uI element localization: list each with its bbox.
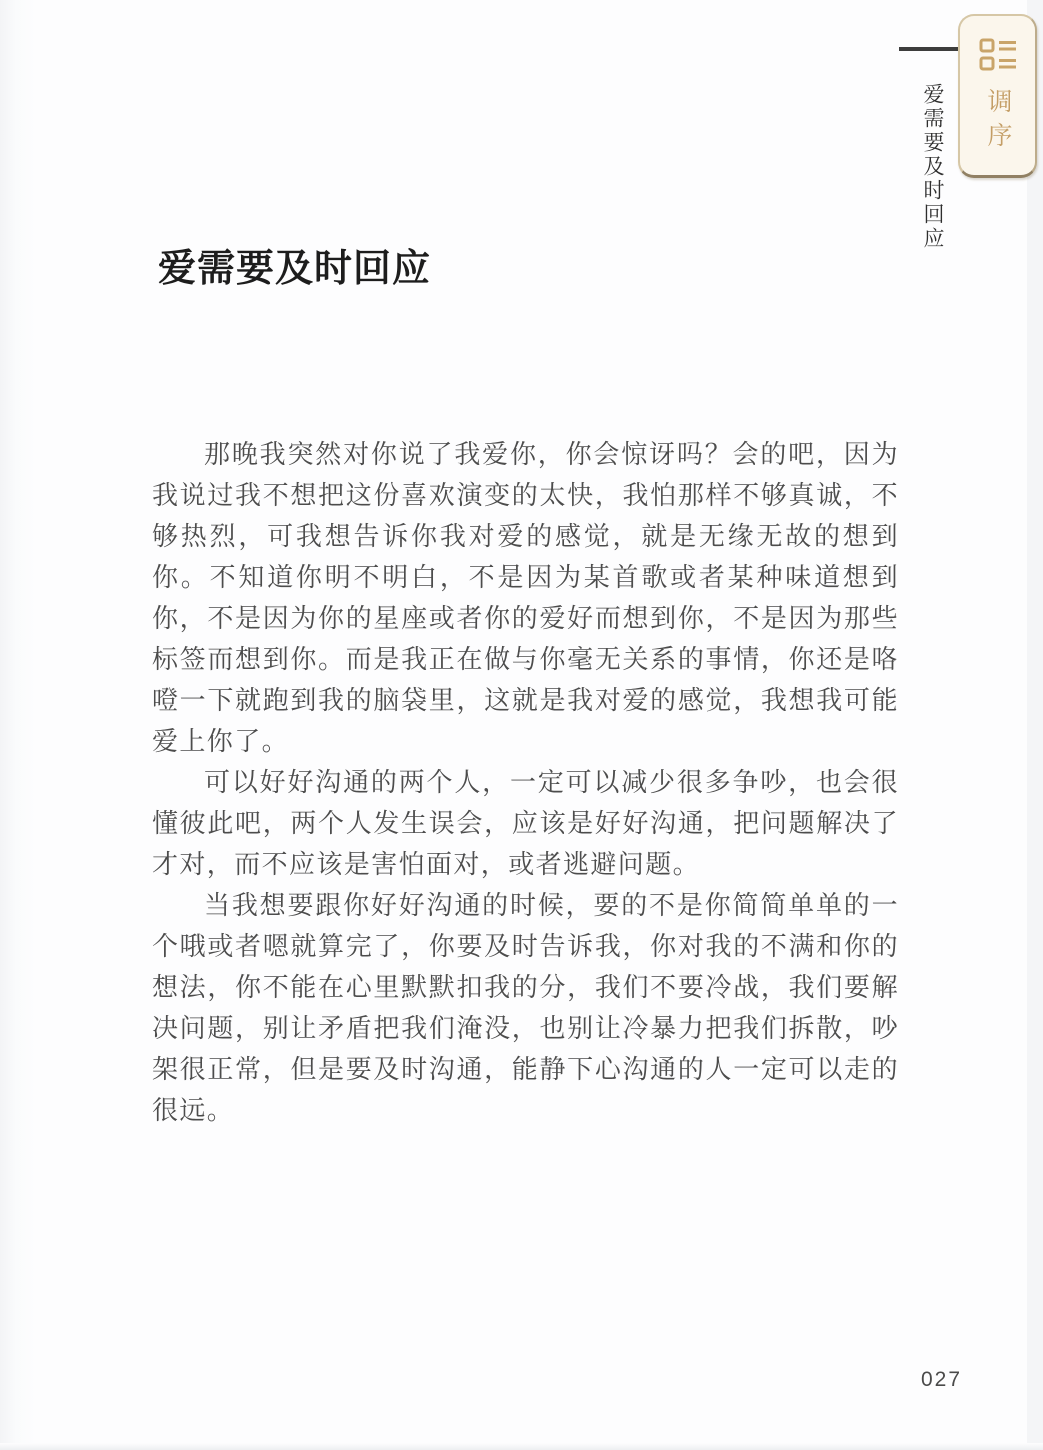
paragraph: 可以好好沟通的两个人，一定可以减少很多争吵，也会很懂彼此吧，两个人发生误会，应该… xyxy=(152,762,899,885)
page-edge-left xyxy=(0,0,36,1450)
article-body: 那晚我突然对你说了我爱你，你会惊讶吗？会的吧，因为我说过我不想把这份喜欢演变的太… xyxy=(152,434,899,1131)
tab-label: 调序 xyxy=(985,88,1010,156)
page-edge-right xyxy=(1027,0,1043,1450)
page-number: 027 xyxy=(921,1368,962,1392)
chapter-index-tab: 调序 xyxy=(958,14,1037,178)
paragraph: 那晚我突然对你说了我爱你，你会惊讶吗？会的吧，因为我说过我不想把这份喜欢演变的太… xyxy=(152,434,899,762)
page-title: 爱需要及时回应 xyxy=(158,247,431,293)
list-icon xyxy=(978,36,1018,79)
running-chapter-title: 爱需要及时回应 xyxy=(919,83,945,251)
page-edge-bottom xyxy=(0,1443,1043,1450)
header-rule xyxy=(899,47,960,51)
paragraph: 当我想要跟你好好沟通的时候，要的不是你简简单单的一个哦或者嗯就算完了，你要及时告… xyxy=(152,885,899,1131)
